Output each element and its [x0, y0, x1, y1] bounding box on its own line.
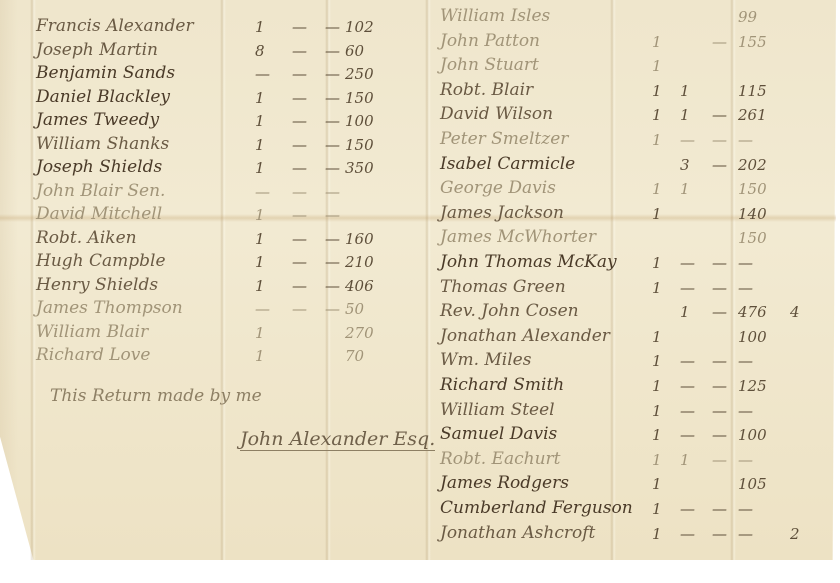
taxpayer-name: James McWhorter	[440, 225, 596, 249]
count-cell: 1	[652, 352, 662, 370]
acreage-value: 270	[345, 324, 374, 342]
count-cell: —	[325, 206, 340, 224]
acreage-value: 105	[738, 475, 767, 493]
count-cell: —	[712, 451, 727, 469]
acreage-value: 70	[345, 347, 364, 365]
count-cell: —	[325, 300, 340, 318]
count-cell: 1	[652, 254, 662, 272]
extra-value: 4	[790, 303, 800, 321]
count-cell: 1	[652, 279, 662, 297]
signature: John Alexander Esq.	[240, 428, 435, 451]
count-cell: —	[712, 352, 727, 370]
count-cell: —	[680, 131, 695, 149]
taxpayer-name: David Wilson	[440, 102, 553, 126]
count-cell: 1	[680, 451, 690, 469]
count-cell: 8	[255, 42, 265, 60]
count-cell: 1	[255, 206, 265, 224]
count-cell: 1	[652, 475, 662, 493]
taxpayer-name: John Thomas McKay	[440, 250, 617, 274]
count-cell: —	[255, 300, 270, 318]
count-cell: 1	[255, 347, 265, 365]
acreage-value: 476	[738, 303, 767, 321]
taxpayer-name: Robt. Eachurt	[440, 447, 560, 471]
taxpayer-name: James Thompson	[36, 296, 183, 320]
count-cell: 1	[652, 402, 662, 420]
return-statement: This Return made by me	[50, 386, 262, 406]
count-cell: —	[712, 106, 727, 124]
acreage-value: 155	[738, 33, 767, 51]
count-cell: —	[292, 230, 307, 248]
acreage-value: 140	[738, 205, 767, 223]
count-cell: 1	[255, 230, 265, 248]
count-cell: 1	[680, 82, 690, 100]
count-cell: —	[292, 136, 307, 154]
acreage-value: —	[738, 254, 753, 272]
count-cell: 1	[255, 18, 265, 36]
acreage-value: 150	[738, 229, 767, 247]
count-cell: —	[325, 112, 340, 130]
count-cell: 1	[652, 328, 662, 346]
count-cell: —	[325, 42, 340, 60]
count-cell: 1	[255, 159, 265, 177]
count-cell: —	[680, 352, 695, 370]
taxpayer-name: Isabel Carmicle	[440, 152, 575, 176]
taxpayer-name: John Stuart	[440, 53, 539, 77]
count-cell: 1	[255, 277, 265, 295]
count-cell: —	[292, 277, 307, 295]
taxpayer-name: Richard Smith	[440, 373, 564, 397]
acreage-value: 50	[345, 300, 364, 318]
count-cell: —	[712, 131, 727, 149]
taxpayer-name: William Blair	[36, 320, 148, 344]
acreage-value: 261	[738, 106, 767, 124]
taxpayer-name: Wm. Miles	[440, 348, 531, 372]
taxpayer-name: Francis Alexander	[36, 14, 194, 38]
taxpayer-name: John Blair Sen.	[36, 179, 165, 203]
count-cell: —	[680, 377, 695, 395]
count-cell: 1	[652, 525, 662, 543]
count-cell: 1	[255, 324, 265, 342]
taxpayer-name: Cumberland Ferguson	[440, 496, 633, 520]
count-cell: 1	[652, 451, 662, 469]
count-cell: —	[292, 18, 307, 36]
count-cell: —	[325, 253, 340, 271]
acreage-value: 115	[738, 82, 767, 100]
fold-line	[425, 0, 431, 560]
count-cell: —	[712, 303, 727, 321]
taxpayer-name: David Mitchell	[36, 202, 162, 226]
count-cell: —	[325, 65, 340, 83]
count-cell: —	[712, 402, 727, 420]
count-cell: 1	[255, 253, 265, 271]
count-cell: —	[325, 230, 340, 248]
acreage-value: 150	[345, 136, 374, 154]
acreage-value: 406	[345, 277, 374, 295]
count-cell: —	[325, 183, 340, 201]
taxpayer-name: Daniel Blackley	[36, 85, 170, 109]
count-cell: 1	[652, 106, 662, 124]
count-cell: 1	[652, 33, 662, 51]
extra-value: 2	[790, 525, 800, 543]
taxpayer-name: James Tweedy	[36, 108, 159, 132]
acreage-value: —	[738, 279, 753, 297]
count-cell: —	[680, 279, 695, 297]
count-cell: —	[680, 402, 695, 420]
acreage-value: 100	[738, 426, 767, 444]
count-cell: 1	[652, 500, 662, 518]
taxpayer-name: John Patton	[440, 29, 540, 53]
count-cell: 1	[255, 136, 265, 154]
acreage-value: 160	[345, 230, 374, 248]
acreage-value: —	[738, 500, 753, 518]
acreage-value: —	[738, 402, 753, 420]
count-cell: 1	[652, 57, 662, 75]
count-cell: 1	[680, 106, 690, 124]
taxpayer-name: Richard Love	[36, 343, 150, 367]
taxpayer-name: Benjamin Sands	[36, 61, 175, 85]
acreage-value: 350	[345, 159, 374, 177]
count-cell: —	[712, 500, 727, 518]
acreage-value: 100	[345, 112, 374, 130]
taxpayer-name: Jonathan Alexander	[440, 324, 610, 348]
taxpayer-name: Joseph Martin	[36, 38, 158, 62]
count-cell: 1	[652, 205, 662, 223]
count-cell: —	[292, 300, 307, 318]
count-cell: 1	[652, 180, 662, 198]
count-cell: —	[292, 112, 307, 130]
fold-line	[730, 0, 736, 560]
taxpayer-name: Peter Smeltzer	[440, 127, 568, 151]
acreage-value: 150	[738, 180, 767, 198]
taxpayer-name: Henry Shields	[36, 273, 158, 297]
count-cell: —	[712, 426, 727, 444]
acreage-value: —	[738, 451, 753, 469]
fold-line	[610, 0, 616, 560]
acreage-value: 60	[345, 42, 364, 60]
taxpayer-name: Robt. Aiken	[36, 226, 137, 250]
count-cell: 1	[652, 377, 662, 395]
count-cell: —	[325, 159, 340, 177]
count-cell: —	[292, 159, 307, 177]
count-cell: —	[325, 136, 340, 154]
count-cell: —	[680, 500, 695, 518]
taxpayer-name: James Rodgers	[440, 471, 569, 495]
taxpayer-name: William Shanks	[36, 132, 169, 156]
count-cell: —	[325, 89, 340, 107]
count-cell: —	[325, 18, 340, 36]
acreage-value: 202	[738, 156, 767, 174]
count-cell: —	[680, 525, 695, 543]
taxpayer-name: Robt. Blair	[440, 78, 533, 102]
count-cell: 1	[680, 303, 690, 321]
count-cell: —	[292, 206, 307, 224]
count-cell: —	[292, 183, 307, 201]
count-cell: —	[292, 89, 307, 107]
acreage-value: 99	[738, 8, 757, 26]
count-cell: —	[712, 254, 727, 272]
taxpayer-name: Samuel Davis	[440, 422, 557, 446]
count-cell: 1	[652, 131, 662, 149]
taxpayer-name: Rev. John Cosen	[440, 299, 579, 323]
count-cell: —	[712, 525, 727, 543]
count-cell: —	[292, 253, 307, 271]
acreage-value: 210	[345, 253, 374, 271]
acreage-value: —	[738, 525, 753, 543]
count-cell: —	[292, 65, 307, 83]
taxpayer-name: William Steel	[440, 398, 555, 422]
count-cell: —	[292, 42, 307, 60]
count-cell: —	[712, 279, 727, 297]
count-cell: 1	[652, 426, 662, 444]
taxpayer-name: Jonathan Ashcroft	[440, 521, 595, 545]
acreage-value: —	[738, 352, 753, 370]
count-cell: 1	[680, 180, 690, 198]
acreage-value: 125	[738, 377, 767, 395]
acreage-value: 100	[738, 328, 767, 346]
count-cell: —	[255, 183, 270, 201]
acreage-value: —	[738, 131, 753, 149]
taxpayer-name: George Davis	[440, 176, 556, 200]
count-cell: —	[255, 65, 270, 83]
count-cell: —	[712, 156, 727, 174]
count-cell: —	[680, 426, 695, 444]
taxpayer-name: William Isles	[440, 4, 550, 28]
count-cell: —	[325, 277, 340, 295]
count-cell: —	[712, 377, 727, 395]
acreage-value: 250	[345, 65, 374, 83]
taxpayer-name: Hugh Campble	[36, 249, 166, 273]
fold-line	[220, 0, 226, 560]
count-cell: 1	[255, 112, 265, 130]
taxpayer-name: Thomas Green	[440, 275, 566, 299]
acreage-value: 150	[345, 89, 374, 107]
count-cell: 3	[680, 156, 690, 174]
taxpayer-name: James Jackson	[440, 201, 564, 225]
taxpayer-name: Joseph Shields	[36, 155, 162, 179]
count-cell: —	[712, 33, 727, 51]
count-cell: —	[680, 254, 695, 272]
count-cell: 1	[652, 82, 662, 100]
count-cell: 1	[255, 89, 265, 107]
acreage-value: 102	[345, 18, 374, 36]
